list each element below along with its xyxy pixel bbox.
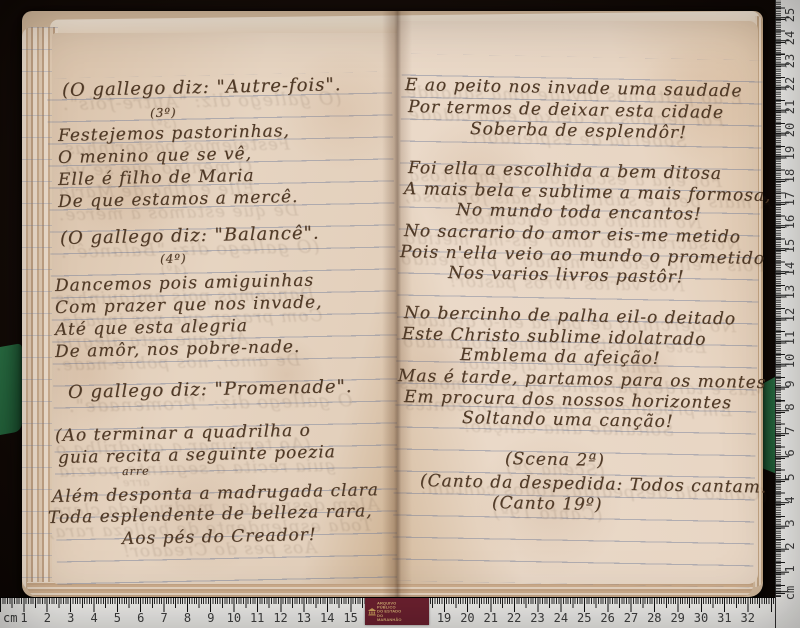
ruler-number: 3 [783,515,797,531]
archive-logo-text: ARQUIVO PÚBLICO DO ESTADO DO MARANHÃO [377,601,403,622]
ruler-number: 29 [670,611,684,625]
ruler-number: 28 [647,611,661,625]
manuscript-photo: (O gallego diz: "Autre-fois".(3º)Festeje… [0,0,800,628]
ruler-number: 3 [67,611,74,625]
ruler-number: 2 [44,611,51,625]
ruler-number: 27 [624,611,638,625]
ruler-number: 22 [783,76,797,92]
ruler-number: 12 [273,611,287,625]
ruler-number: 18 [783,168,797,184]
archive-logo-line: DO MARANHÃO [377,614,403,622]
ruler-number: 14 [783,261,797,277]
left-page [52,33,397,584]
ruler-number: 24 [783,30,797,46]
ruler-number: 30 [694,611,708,625]
archive-logo: ARQUIVO PÚBLICO DO ESTADO DO MARANHÃO [365,598,429,625]
ruler-unit-label: cm [783,585,797,601]
ruler-number: 24 [554,611,568,625]
ruler-number: 15 [343,611,357,625]
ruler-number: 10 [783,353,797,369]
ruler-number: 5 [114,611,121,625]
ruler-number: 12 [783,307,797,323]
ruler-number: 14 [320,611,334,625]
ruler-unit-label: cm [3,611,17,625]
ruler-number: 32 [741,611,755,625]
ruler-number: 25 [577,611,591,625]
ruler-number: 2 [783,538,797,554]
ruler-number: 1 [20,611,27,625]
right-page [397,21,758,584]
ruler-number: 16 [783,214,797,230]
ruler-number: 5 [783,469,797,485]
ruler-number: 11 [250,611,264,625]
open-notebook [22,11,763,597]
ruler-number: 1 [783,561,797,577]
ruler-number: 31 [717,611,731,625]
ruler-number: 15 [783,238,797,254]
ruler-number: 23 [530,611,544,625]
ruler-number: 19 [783,145,797,161]
ruler-number: 4 [90,611,97,625]
ruler-number: 8 [184,611,191,625]
ruler-number: 21 [484,611,498,625]
ruler-number: 22 [507,611,521,625]
ruler-number: 17 [783,191,797,207]
right-cm-ruler: cm 1234567891011121314151617181920212223… [775,0,800,628]
ruler-number: 6 [137,611,144,625]
ruler-number: 25 [783,7,797,23]
ruler-number: 9 [783,376,797,392]
ruler-number: 6 [783,445,797,461]
ruler-number: 4 [783,492,797,508]
ruler-number: 11 [783,330,797,346]
green-support-left [0,343,22,435]
archive-building-icon [368,601,376,622]
ruler-number: 20 [460,611,474,625]
ruler-number: 21 [783,99,797,115]
ruler-number: 13 [297,611,311,625]
ruler-number: 8 [783,399,797,415]
ruler-number: 10 [227,611,241,625]
ruler-number: 19 [437,611,451,625]
ruler-number: 26 [600,611,614,625]
ruler-number: 20 [783,122,797,138]
ruler-number: 7 [161,611,168,625]
ruler-number: 13 [783,284,797,300]
page-stack-edge-bottom [27,582,753,597]
ruler-number: 9 [207,611,214,625]
ruler-number: 23 [783,53,797,69]
ruler-number: 7 [783,422,797,438]
